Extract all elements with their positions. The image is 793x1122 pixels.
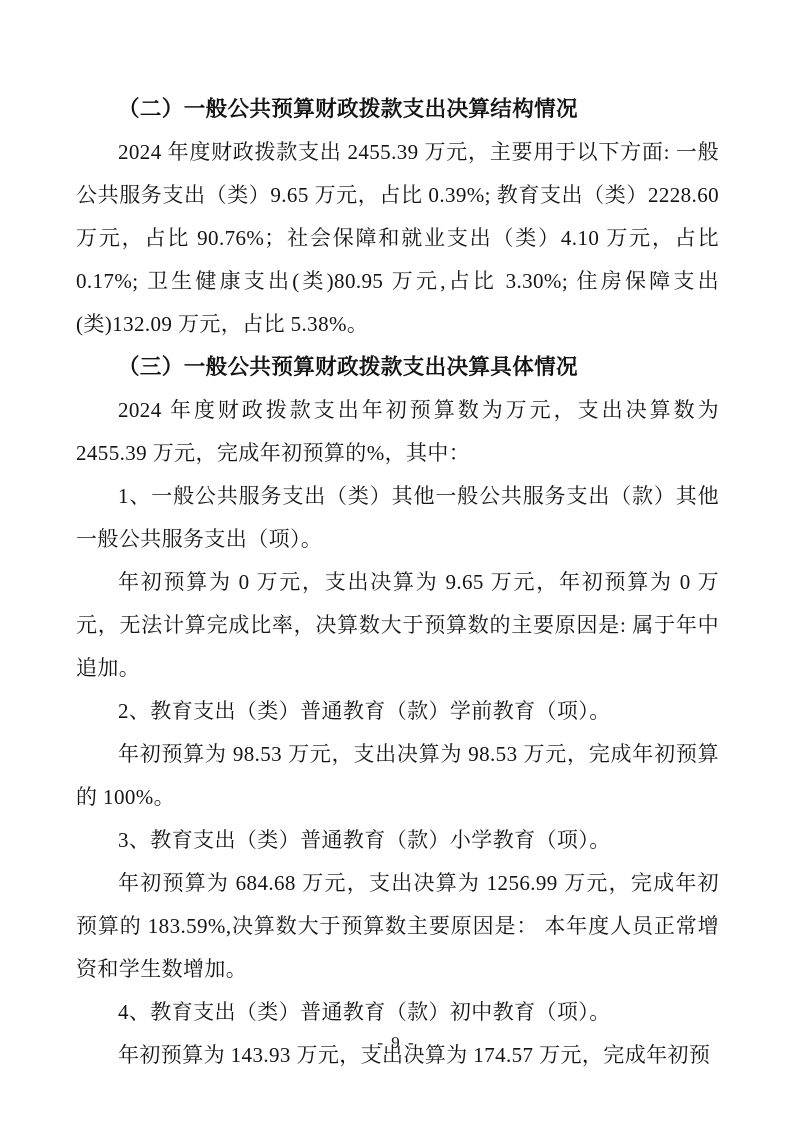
paragraph-item-3-detail: 年初预算为 684.68 万元，支出决算为 1256.99 万元，完成年初预算的… — [76, 862, 719, 991]
paragraph-details-intro: 2024 年度财政拨款支出年初预算数为万元，支出决算数为 2455.39 万元，… — [76, 389, 719, 475]
document-content: （二）一般公共预算财政拨款支出决算结构情况 2024 年度财政拨款支出 2455… — [76, 88, 719, 1077]
paragraph-item-1-title: 1、一般公共服务支出（类）其他一般公共服务支出（款）其他一般公共服务支出（项）。 — [76, 475, 719, 561]
page-number: - 9 - — [0, 1033, 793, 1053]
document-page: （二）一般公共预算财政拨款支出决算结构情况 2024 年度财政拨款支出 2455… — [0, 0, 793, 1122]
paragraph-item-1-detail: 年初预算为 0 万元，支出决算为 9.65 万元，年初预算为 0 万元，无法计算… — [76, 561, 719, 690]
section-heading-structure: （二）一般公共预算财政拨款支出决算结构情况 — [76, 88, 719, 131]
paragraph-item-2-title: 2、教育支出（类）普通教育（款）学前教育（项）。 — [76, 690, 719, 733]
paragraph-item-2-detail: 年初预算为 98.53 万元，支出决算为 98.53 万元，完成年初预算的 10… — [76, 733, 719, 819]
section-heading-details: （三）一般公共预算财政拨款支出决算具体情况 — [76, 346, 719, 389]
paragraph-item-4-title: 4、教育支出（类）普通教育（款）初中教育（项）。 — [76, 991, 719, 1034]
paragraph-structure-summary: 2024 年度财政拨款支出 2455.39 万元，主要用于以下方面: 一般公共服… — [76, 131, 719, 346]
paragraph-item-3-title: 3、教育支出（类）普通教育（款）小学教育（项）。 — [76, 819, 719, 862]
